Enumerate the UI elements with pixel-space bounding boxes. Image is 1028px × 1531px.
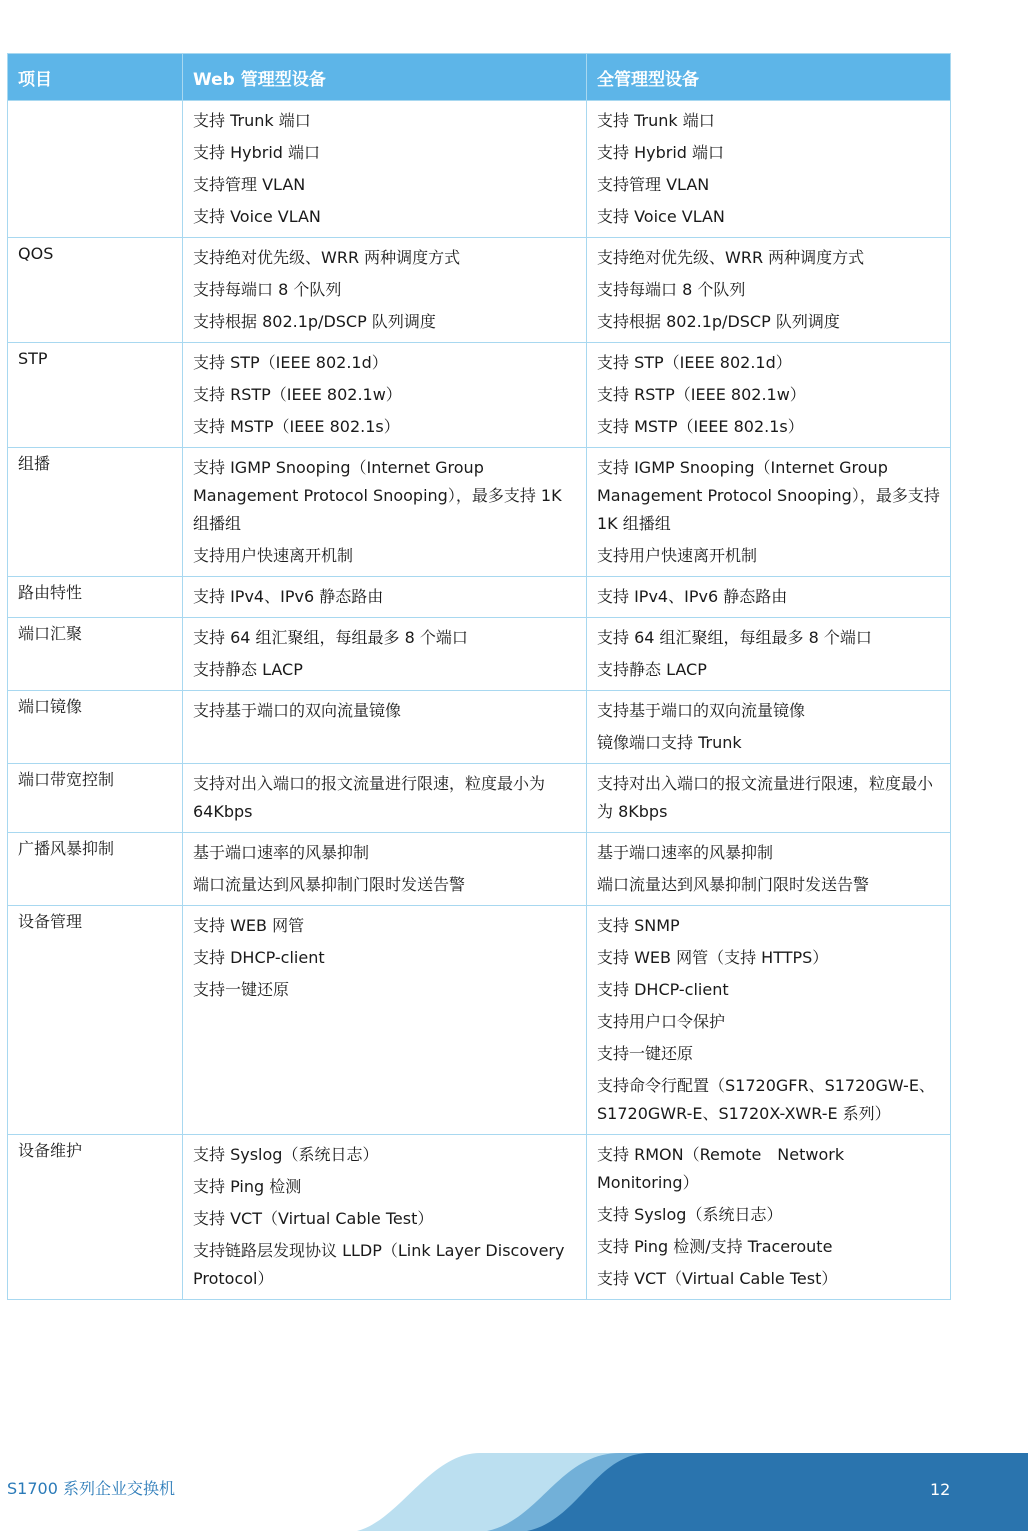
feature-item: 镜像端口支持 Trunk bbox=[597, 725, 940, 757]
feature-item: 支持 RSTP（IEEE 802.1w） bbox=[193, 377, 576, 409]
feature-item: 支持 STP（IEEE 802.1d） bbox=[193, 345, 576, 377]
feature-item: 支持根据 802.1p/DSCP 队列调度 bbox=[597, 304, 940, 336]
web-managed-cell: 支持对出入端口的报文流量进行限速，粒度最小为 64Kbps bbox=[183, 764, 587, 833]
feature-name-cell bbox=[8, 101, 183, 238]
feature-item: 支持 WEB 网管 bbox=[193, 908, 576, 940]
table-row: STP支持 STP（IEEE 802.1d）支持 RSTP（IEEE 802.1… bbox=[8, 343, 951, 448]
feature-item: 支持 IPv4、IPv6 静态路由 bbox=[597, 579, 940, 611]
feature-item: 支持 DHCP-client bbox=[597, 972, 940, 1004]
feature-item: 支持 Hybrid 端口 bbox=[597, 135, 940, 167]
fully-managed-cell: 支持 Trunk 端口支持 Hybrid 端口支持管理 VLAN支持 Voice… bbox=[587, 101, 951, 238]
feature-item: 支持每端口 8 个队列 bbox=[193, 272, 576, 304]
feature-item: 支持对出入端口的报文流量进行限速，粒度最小为 64Kbps bbox=[193, 766, 576, 826]
web-managed-cell: 支持 IGMP Snooping（Internet Group Manageme… bbox=[183, 448, 587, 577]
feature-item: 支持根据 802.1p/DSCP 队列调度 bbox=[193, 304, 576, 336]
feature-item: 支持一键还原 bbox=[597, 1036, 940, 1068]
feature-item: 支持 SNMP bbox=[597, 908, 940, 940]
feature-item: 基于端口速率的风暴抑制 bbox=[193, 835, 576, 867]
feature-name-cell: 组播 bbox=[8, 448, 183, 577]
feature-name-cell: STP bbox=[8, 343, 183, 448]
table-header-row: 项目 Web 管理型设备 全管理型设备 bbox=[8, 54, 951, 101]
feature-item: 支持基于端口的双向流量镜像 bbox=[597, 693, 940, 725]
feature-item: 支持 Trunk 端口 bbox=[193, 103, 576, 135]
feature-item: 支持 RSTP（IEEE 802.1w） bbox=[597, 377, 940, 409]
feature-item: 支持 IPv4、IPv6 静态路由 bbox=[193, 579, 576, 611]
feature-item: 支持 MSTP（IEEE 802.1s） bbox=[597, 409, 940, 441]
feature-item: 支持 DHCP-client bbox=[193, 940, 576, 972]
feature-item: 支持 RMON（Remote Network Monitoring） bbox=[597, 1137, 940, 1197]
feature-item: 端口流量达到风暴抑制门限时发送告警 bbox=[193, 867, 576, 899]
feature-item: 支持命令行配置（S1720GFR、S1720GW-E、S1720GWR-E、S1… bbox=[597, 1068, 940, 1128]
feature-item: 支持 MSTP（IEEE 802.1s） bbox=[193, 409, 576, 441]
feature-name-cell: 设备管理 bbox=[8, 906, 183, 1135]
web-managed-cell: 支持 STP（IEEE 802.1d）支持 RSTP（IEEE 802.1w）支… bbox=[183, 343, 587, 448]
feature-item: 支持 IGMP Snooping（Internet Group Manageme… bbox=[193, 450, 576, 538]
feature-item: 支持 Voice VLAN bbox=[193, 199, 576, 231]
feature-item: 支持 Hybrid 端口 bbox=[193, 135, 576, 167]
feature-item: 支持 WEB 网管（支持 HTTPS） bbox=[597, 940, 940, 972]
fully-managed-cell: 支持绝对优先级、WRR 两种调度方式支持每端口 8 个队列支持根据 802.1p… bbox=[587, 238, 951, 343]
feature-item: 基于端口速率的风暴抑制 bbox=[597, 835, 940, 867]
feature-name-cell: 路由特性 bbox=[8, 577, 183, 618]
feature-item: 支持管理 VLAN bbox=[597, 167, 940, 199]
fully-managed-cell: 支持 STP（IEEE 802.1d）支持 RSTP（IEEE 802.1w）支… bbox=[587, 343, 951, 448]
feature-item: 支持 VCT（Virtual Cable Test） bbox=[597, 1261, 940, 1293]
table-row: 设备维护支持 Syslog（系统日志）支持 Ping 检测支持 VCT（Virt… bbox=[8, 1135, 951, 1300]
feature-item: 支持绝对优先级、WRR 两种调度方式 bbox=[597, 240, 940, 272]
feature-item: 支持 Syslog（系统日志） bbox=[597, 1197, 940, 1229]
web-managed-cell: 支持 WEB 网管支持 DHCP-client支持一键还原 bbox=[183, 906, 587, 1135]
feature-name-cell: 端口镜像 bbox=[8, 691, 183, 764]
table-row: QOS支持绝对优先级、WRR 两种调度方式支持每端口 8 个队列支持根据 802… bbox=[8, 238, 951, 343]
footer-document-title: S1700 系列企业交换机 bbox=[7, 1476, 175, 1499]
feature-item: 端口流量达到风暴抑制门限时发送告警 bbox=[597, 867, 940, 899]
feature-item: 支持 64 组汇聚组，每组最多 8 个端口 bbox=[597, 620, 940, 652]
table-row: 广播风暴抑制基于端口速率的风暴抑制端口流量达到风暴抑制门限时发送告警基于端口速率… bbox=[8, 833, 951, 906]
table-row: 路由特性支持 IPv4、IPv6 静态路由支持 IPv4、IPv6 静态路由 bbox=[8, 577, 951, 618]
table-row: 端口带宽控制支持对出入端口的报文流量进行限速，粒度最小为 64Kbps支持对出入… bbox=[8, 764, 951, 833]
header-fully-managed: 全管理型设备 bbox=[587, 54, 951, 101]
feature-item: 支持绝对优先级、WRR 两种调度方式 bbox=[193, 240, 576, 272]
web-managed-cell: 支持基于端口的双向流量镜像 bbox=[183, 691, 587, 764]
fully-managed-cell: 支持基于端口的双向流量镜像镜像端口支持 Trunk bbox=[587, 691, 951, 764]
feature-item: 支持静态 LACP bbox=[193, 652, 576, 684]
feature-item: 支持用户快速离开机制 bbox=[193, 538, 576, 570]
web-managed-cell: 基于端口速率的风暴抑制端口流量达到风暴抑制门限时发送告警 bbox=[183, 833, 587, 906]
fully-managed-cell: 基于端口速率的风暴抑制端口流量达到风暴抑制门限时发送告警 bbox=[587, 833, 951, 906]
feature-item: 支持 Ping 检测/支持 Traceroute bbox=[597, 1229, 940, 1261]
feature-item: 支持每端口 8 个队列 bbox=[597, 272, 940, 304]
fully-managed-cell: 支持 SNMP支持 WEB 网管（支持 HTTPS）支持 DHCP-client… bbox=[587, 906, 951, 1135]
feature-item: 支持用户快速离开机制 bbox=[597, 538, 940, 570]
table-row: 设备管理支持 WEB 网管支持 DHCP-client支持一键还原支持 SNMP… bbox=[8, 906, 951, 1135]
web-managed-cell: 支持 Syslog（系统日志）支持 Ping 检测支持 VCT（Virtual … bbox=[183, 1135, 587, 1300]
web-managed-cell: 支持绝对优先级、WRR 两种调度方式支持每端口 8 个队列支持根据 802.1p… bbox=[183, 238, 587, 343]
feature-name-cell: QOS bbox=[8, 238, 183, 343]
feature-item: 支持管理 VLAN bbox=[193, 167, 576, 199]
feature-name-cell: 端口汇聚 bbox=[8, 618, 183, 691]
table-row: 组播支持 IGMP Snooping（Internet Group Manage… bbox=[8, 448, 951, 577]
web-managed-cell: 支持 64 组汇聚组，每组最多 8 个端口支持静态 LACP bbox=[183, 618, 587, 691]
feature-item: 支持 VCT（Virtual Cable Test） bbox=[193, 1201, 576, 1233]
fully-managed-cell: 支持 IGMP Snooping（Internet Group Manageme… bbox=[587, 448, 951, 577]
feature-item: 支持 IGMP Snooping（Internet Group Manageme… bbox=[597, 450, 940, 538]
header-item: 项目 bbox=[8, 54, 183, 101]
spec-comparison-table: 项目 Web 管理型设备 全管理型设备 支持 Trunk 端口支持 Hybrid… bbox=[7, 53, 951, 1300]
table-row: 支持 Trunk 端口支持 Hybrid 端口支持管理 VLAN支持 Voice… bbox=[8, 101, 951, 238]
table-row: 端口汇聚支持 64 组汇聚组，每组最多 8 个端口支持静态 LACP支持 64 … bbox=[8, 618, 951, 691]
feature-item: 支持用户口令保护 bbox=[597, 1004, 940, 1036]
feature-item: 支持一键还原 bbox=[193, 972, 576, 1004]
feature-item: 支持 64 组汇聚组，每组最多 8 个端口 bbox=[193, 620, 576, 652]
feature-name-cell: 设备维护 bbox=[8, 1135, 183, 1300]
feature-item: 支持静态 LACP bbox=[597, 652, 940, 684]
fully-managed-cell: 支持对出入端口的报文流量进行限速，粒度最小为 8Kbps bbox=[587, 764, 951, 833]
feature-item: 支持 Trunk 端口 bbox=[597, 103, 940, 135]
feature-name-cell: 端口带宽控制 bbox=[8, 764, 183, 833]
feature-item: 支持 Voice VLAN bbox=[597, 199, 940, 231]
fully-managed-cell: 支持 64 组汇聚组，每组最多 8 个端口支持静态 LACP bbox=[587, 618, 951, 691]
feature-item: 支持对出入端口的报文流量进行限速，粒度最小为 8Kbps bbox=[597, 766, 940, 826]
web-managed-cell: 支持 IPv4、IPv6 静态路由 bbox=[183, 577, 587, 618]
fully-managed-cell: 支持 RMON（Remote Network Monitoring）支持 Sys… bbox=[587, 1135, 951, 1300]
page-number: 12 bbox=[930, 1480, 950, 1499]
feature-name-cell: 广播风暴抑制 bbox=[8, 833, 183, 906]
feature-item: 支持基于端口的双向流量镜像 bbox=[193, 693, 576, 725]
header-web-managed: Web 管理型设备 bbox=[183, 54, 587, 101]
table-row: 端口镜像支持基于端口的双向流量镜像支持基于端口的双向流量镜像镜像端口支持 Tru… bbox=[8, 691, 951, 764]
web-managed-cell: 支持 Trunk 端口支持 Hybrid 端口支持管理 VLAN支持 Voice… bbox=[183, 101, 587, 238]
fully-managed-cell: 支持 IPv4、IPv6 静态路由 bbox=[587, 577, 951, 618]
feature-item: 支持 Syslog（系统日志） bbox=[193, 1137, 576, 1169]
feature-item: 支持 Ping 检测 bbox=[193, 1169, 576, 1201]
feature-item: 支持链路层发现协议 LLDP（Link Layer Discovery Prot… bbox=[193, 1233, 576, 1293]
feature-item: 支持 STP（IEEE 802.1d） bbox=[597, 345, 940, 377]
